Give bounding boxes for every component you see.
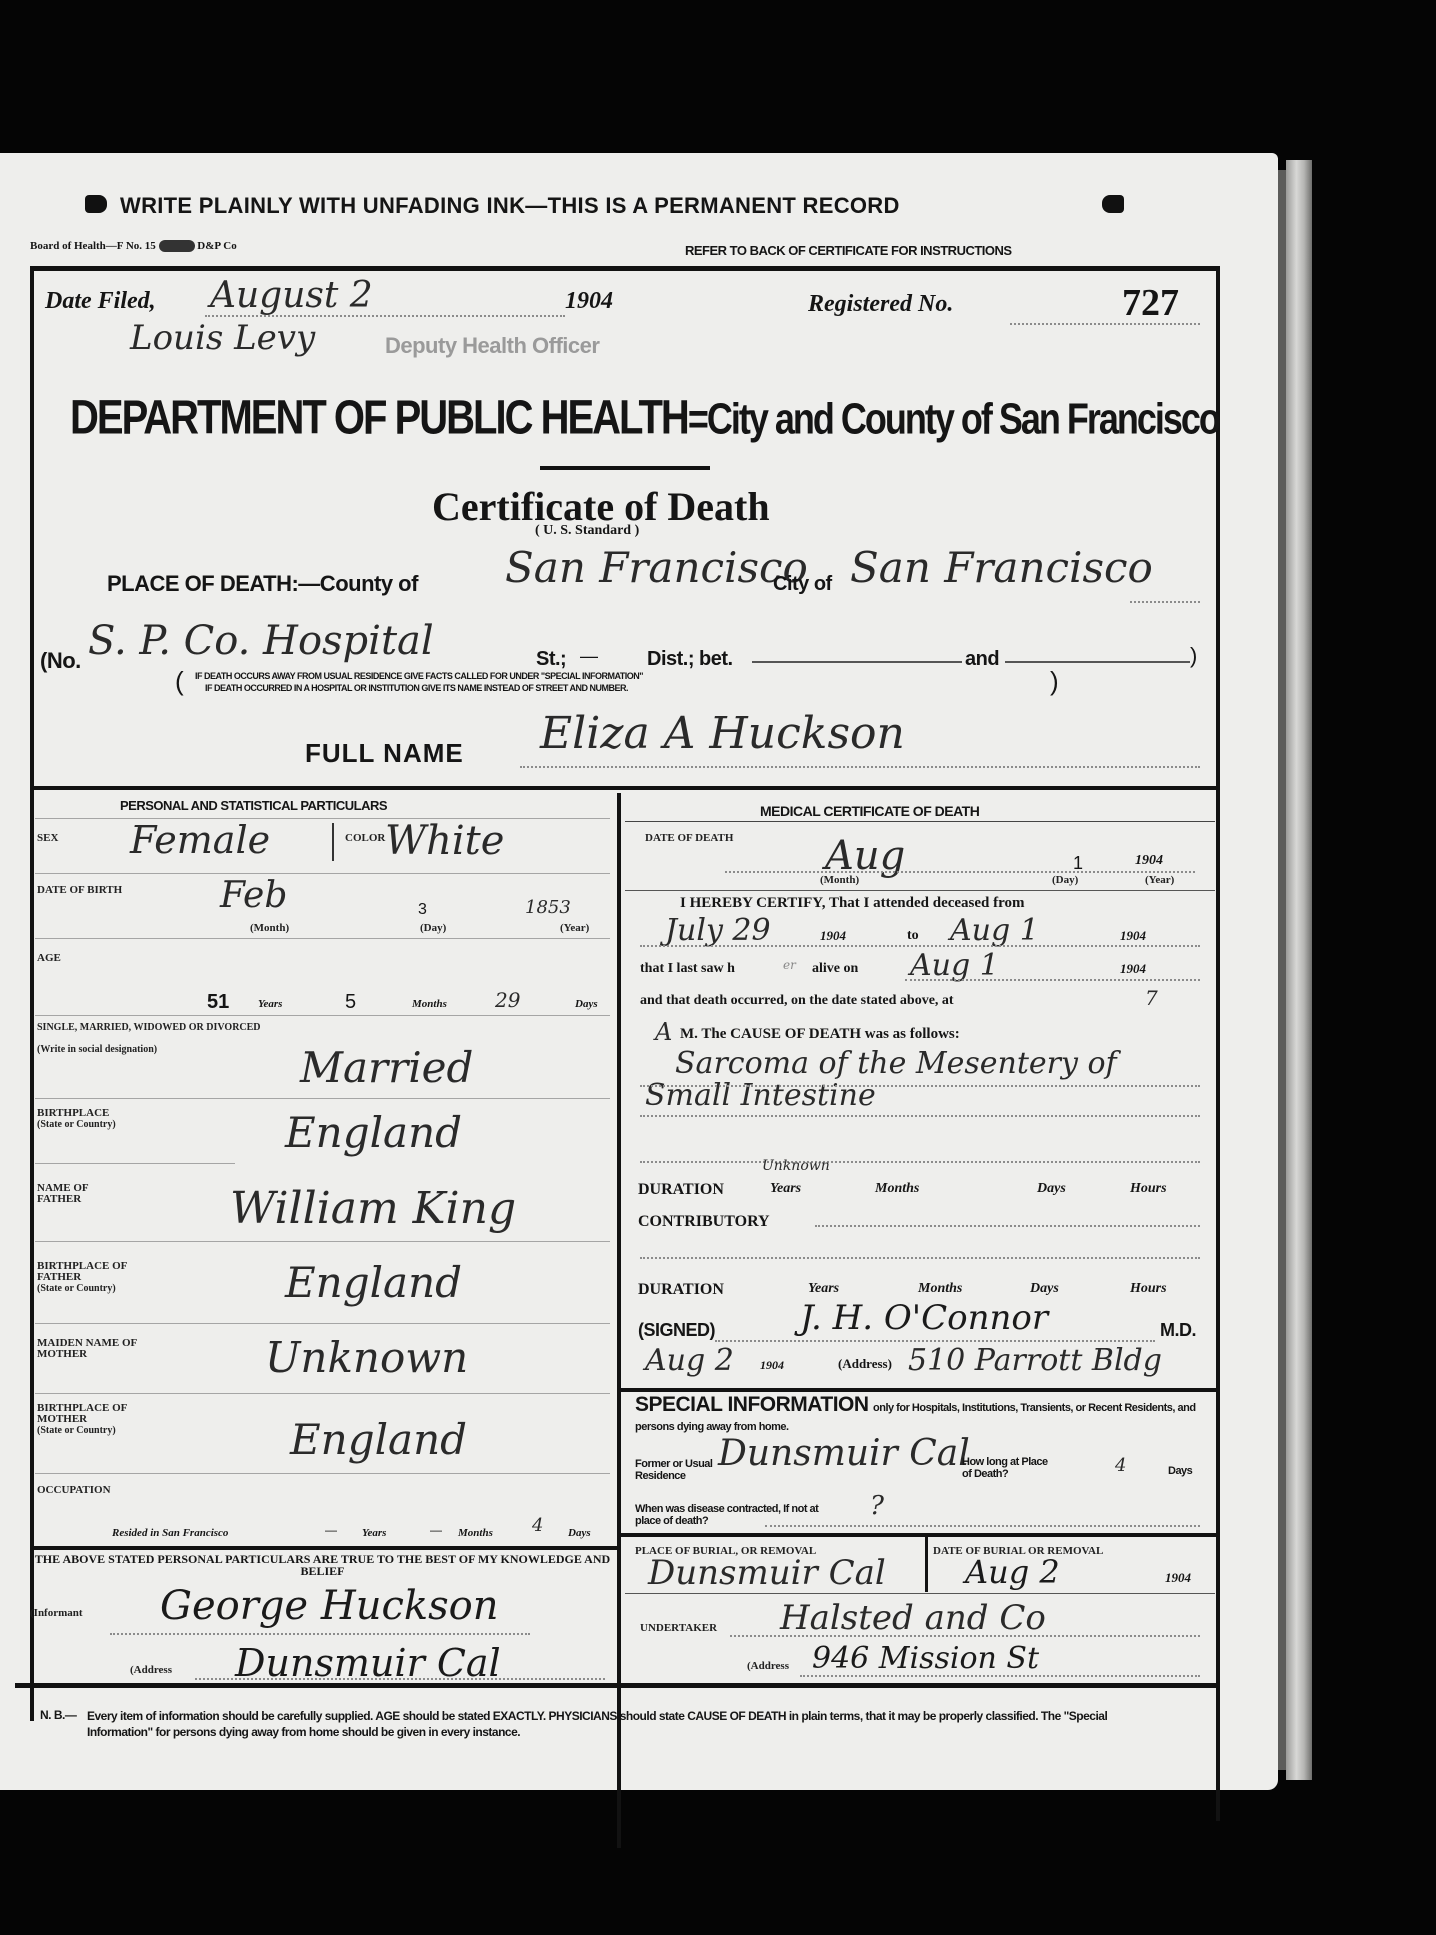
rule <box>35 1015 610 1016</box>
age-days[interactable]: 29 <box>495 988 520 1012</box>
age-years[interactable]: 51 <box>207 991 229 1014</box>
sex-label: SEX <box>37 833 58 844</box>
union-label-icon <box>159 240 195 252</box>
rule <box>35 818 610 819</box>
burial-divider <box>621 1533 1220 1537</box>
undertaker-value[interactable]: Halsted and Co <box>780 1598 1046 1638</box>
rule <box>625 821 1215 822</box>
years-caption: Years <box>258 998 282 1010</box>
cause-line-rule-1 <box>640 1085 1200 1087</box>
left-bottom-border <box>15 1683 620 1688</box>
mother-bp-label: BIRTHPLACE OF MOTHER <box>37 1403 157 1425</box>
rule <box>35 1241 610 1242</box>
age-label: AGE <box>37 953 61 964</box>
attest-divider <box>30 1546 620 1550</box>
full-name-label: FULL NAME <box>305 738 464 769</box>
death-time[interactable]: 7 <box>1145 986 1158 1010</box>
how-long-days: Days <box>1168 1465 1192 1477</box>
right-bottom-border <box>621 1683 1220 1688</box>
officer-signature: Louis Levy <box>130 318 315 358</box>
duration-years-caption: Years <box>770 1181 801 1197</box>
resided-label: Resided in San Francisco <box>112 1527 228 1539</box>
and-line <box>1005 661 1190 663</box>
dob-month[interactable]: Feb <box>220 875 287 916</box>
dod-label: DATE OF DEATH <box>645 833 733 844</box>
form-id: Board of Health—F No. 15 D&P Co <box>30 240 237 252</box>
pointing-hand-icon-left <box>85 195 107 213</box>
rule <box>35 1473 610 1474</box>
contributory-label: CONTRIBUTORY <box>638 1213 770 1231</box>
attest-text: THE ABOVE STATED PERSONAL PARTICULARS AR… <box>30 1553 615 1577</box>
frame-right <box>1216 266 1220 1821</box>
special-heading-block: SPECIAL INFORMATION only for Hospitals, … <box>635 1393 1215 1435</box>
attended-from[interactable]: July 29 <box>665 913 771 948</box>
burial-year[interactable]: 1904 <box>1165 1570 1191 1586</box>
us-standard: ( U. S. Standard ) <box>535 523 639 539</box>
date-filed-label: Date Filed, <box>45 288 156 315</box>
father-label: NAME OF FATHER <box>37 1183 127 1205</box>
occurred-text: and that death occurred, on the date sta… <box>640 993 954 1009</box>
residence-label: Former or Usual Residence <box>635 1458 715 1482</box>
rule <box>35 873 610 874</box>
contributory-line <box>815 1225 1200 1227</box>
informant-value[interactable]: George Huckson <box>160 1583 498 1629</box>
signed-date[interactable]: Aug 2 <box>645 1343 734 1378</box>
frame-left <box>30 266 34 1721</box>
marital-sub: (Write in social designation) <box>37 1044 157 1055</box>
attended-from-year[interactable]: 1904 <box>820 928 846 944</box>
occupation-label: OCCUPATION <box>37 1485 111 1496</box>
rule <box>35 1163 235 1164</box>
duration-months-caption: Months <box>875 1181 919 1197</box>
birthplace-value[interactable]: England <box>285 1108 462 1157</box>
year-caption: (Year) <box>560 923 589 934</box>
sex-color-divider <box>332 823 334 861</box>
father-value[interactable]: William King <box>230 1183 516 1234</box>
cause-line-rule-2 <box>640 1115 1200 1117</box>
certify-text: I HEREBY CERTIFY, That I attended deceas… <box>680 895 1025 912</box>
open-paren: ( <box>175 666 184 697</box>
month-caption: (Month) <box>250 923 289 934</box>
resided-days[interactable]: 4 <box>532 1515 543 1536</box>
birthplace-label: BIRTHPLACE <box>37 1108 109 1119</box>
resided-months[interactable]: — <box>430 1523 442 1537</box>
cause-text: M. The CAUSE OF DEATH was as follows: <box>680 1026 960 1043</box>
signed-line <box>715 1340 1155 1342</box>
duration2-label: DURATION <box>638 1281 724 1299</box>
contracted-value[interactable]: ? <box>870 1491 884 1521</box>
signed-value[interactable]: J. H. O'Connor <box>800 1298 1048 1338</box>
contracted-label: When was disease contracted, If not at p… <box>635 1503 835 1527</box>
father-bp-value[interactable]: England <box>285 1258 462 1307</box>
city-line <box>1130 601 1200 603</box>
place-note-2: IF DEATH OCCURRED IN A HOSPITAL OR INSTI… <box>205 683 628 693</box>
mother-value[interactable]: Unknown <box>265 1333 468 1382</box>
rule <box>35 1323 610 1324</box>
duration2-years-caption: Years <box>808 1281 839 1297</box>
date-filed-year: 1904 <box>565 288 613 315</box>
dod-year-caption: (Year) <box>1145 875 1174 886</box>
marital-value[interactable]: Married <box>300 1043 473 1092</box>
to-label: to <box>907 928 919 944</box>
title-divider <box>540 466 710 470</box>
months-caption: Months <box>412 998 447 1010</box>
burial-place-value[interactable]: Dunsmuir Cal <box>648 1553 886 1593</box>
dod-line <box>725 871 1195 873</box>
undertaker-line <box>730 1635 1200 1637</box>
signed-year[interactable]: 1904 <box>760 1358 784 1373</box>
informant-label: (Informant <box>30 1608 83 1619</box>
refer-instructions: REFER TO BACK OF CERTIFICATE FOR INSTRUC… <box>685 243 1012 258</box>
place-note-1: IF DEATH OCCURS AWAY FROM USUAL RESIDENC… <box>195 671 643 681</box>
dob-day[interactable]: 3 <box>418 901 427 919</box>
officer-title: Deputy Health Officer <box>385 333 599 359</box>
full-name-line <box>520 766 1200 768</box>
last-saw-pronoun[interactable]: er <box>783 958 796 972</box>
rule <box>625 890 1215 891</box>
resided-days-caption: Days <box>568 1527 591 1539</box>
rule <box>35 938 610 939</box>
frame-top <box>30 266 1220 271</box>
burial-date-value[interactable]: Aug 2 <box>965 1553 1060 1591</box>
place-of-death-label: PLACE OF DEATH:—County of <box>107 571 418 597</box>
department-title: DEPARTMENT OF PUBLIC HEALTH=City and Cou… <box>70 396 1219 441</box>
doctor-address[interactable]: 510 Parrott Bldg <box>908 1343 1162 1378</box>
close-paren: ) <box>1190 643 1197 669</box>
medical-heading: MEDICAL CERTIFICATE OF DEATH <box>760 803 979 819</box>
full-name-value[interactable]: Eliza A Huckson <box>540 708 905 759</box>
burial-column-divider <box>925 1537 928 1592</box>
last-saw-line <box>905 979 1200 981</box>
hospital-value[interactable]: S. P. Co. Hospital <box>88 618 434 664</box>
undertaker-label: UNDERTAKER <box>640 1623 717 1634</box>
dod-year[interactable]: 1904 <box>1135 853 1163 869</box>
how-long-label: How long at Place of Death? <box>962 1456 1052 1480</box>
registered-no-label: Registered No. <box>808 291 953 318</box>
residence-value[interactable]: Dunsmuir Cal <box>718 1433 970 1474</box>
city-value[interactable]: San Francisco <box>850 543 1153 592</box>
rule <box>35 1393 610 1394</box>
no-label: (No. <box>40 648 81 674</box>
rule <box>35 1098 610 1099</box>
father-bp-label: BIRTHPLACE OF FATHER <box>37 1261 167 1283</box>
age-months[interactable]: 5 <box>345 991 356 1014</box>
resided-years-caption: Years <box>362 1527 386 1539</box>
death-ampm[interactable]: A <box>655 1018 672 1046</box>
undertaker-address-line <box>800 1675 1200 1677</box>
mother-bp-sub: (State or Country) <box>37 1425 116 1436</box>
date-filed-value[interactable]: August 2 <box>210 275 373 316</box>
informant-line <box>110 1633 530 1635</box>
day-caption: (Day) <box>420 923 446 934</box>
last-saw-year[interactable]: 1904 <box>1120 961 1146 977</box>
contributory-line-2 <box>640 1257 1200 1259</box>
registered-no-value[interactable]: 727 <box>1122 281 1179 325</box>
contracted-line <box>765 1525 1200 1527</box>
cause-line-1[interactable]: Sarcoma of the Mesentery of <box>675 1046 1117 1081</box>
st-label: St.; <box>536 648 566 671</box>
close-paren-2: ) <box>1050 666 1059 697</box>
last-saw-label: that I last saw h <box>640 961 735 977</box>
date-filed-line <box>205 315 565 317</box>
dob-year[interactable]: 1853 <box>525 897 571 918</box>
resided-years[interactable]: — <box>325 1523 337 1537</box>
birthplace-sub: (State or Country) <box>37 1119 116 1130</box>
banner-text: WRITE PLAINLY WITH UNFADING INK—THIS IS … <box>120 193 900 219</box>
dist-label: Dist.; bet. <box>647 648 733 671</box>
registered-line <box>1010 323 1200 325</box>
section-divider <box>30 786 1220 790</box>
dod-day-caption: (Day) <box>1052 875 1078 886</box>
undertaker-address[interactable]: 946 Mission St <box>812 1641 1039 1676</box>
dob-label: DATE OF BIRTH <box>37 885 122 896</box>
md-label: M.D. <box>1160 1320 1196 1341</box>
alive-on-label: alive on <box>812 961 858 977</box>
sex-value[interactable]: Female <box>130 818 270 862</box>
marital-label: SINGLE, MARRIED, WIDOWED OR DIVORCED <box>37 1023 267 1033</box>
and-label: and <box>965 648 999 671</box>
attended-to[interactable]: Aug 1 <box>950 913 1039 948</box>
duration-days-caption: Days <box>1037 1181 1066 1197</box>
duration2-months-caption: Months <box>918 1281 962 1297</box>
city-label: City of <box>773 573 832 596</box>
cause-line-rule-3 <box>640 1161 1200 1163</box>
personal-heading: PERSONAL AND STATISTICAL PARTICULARS <box>120 798 387 813</box>
informant-address-line <box>195 1678 605 1680</box>
duration-hours-caption: Hours <box>1130 1181 1167 1197</box>
death-certificate-page: WRITE PLAINLY WITH UNFADING INK—THIS IS … <box>0 153 1278 1790</box>
color-value[interactable]: White <box>385 818 504 864</box>
dist-line <box>752 661 962 663</box>
nb-label: N. B.— <box>40 1708 76 1722</box>
pointing-hand-icon-right <box>1102 195 1124 213</box>
duration2-hours-caption: Hours <box>1130 1281 1167 1297</box>
resided-months-caption: Months <box>458 1527 493 1539</box>
mother-label: MAIDEN NAME OF MOTHER <box>37 1338 177 1360</box>
duration-value[interactable]: Unknown <box>762 1158 830 1174</box>
doctor-address-label: (Address) <box>838 1356 892 1372</box>
mother-bp-value[interactable]: England <box>290 1415 467 1464</box>
attended-line <box>640 945 1200 947</box>
father-bp-sub: (State or Country) <box>37 1283 116 1294</box>
rule <box>625 1593 1215 1594</box>
last-saw-date[interactable]: Aug 1 <box>910 948 999 983</box>
cause-line-2[interactable]: Small Intestine <box>645 1078 876 1113</box>
st-value[interactable]: — <box>580 646 598 667</box>
duration-label: DURATION <box>638 1181 724 1199</box>
duration2-days-caption: Days <box>1030 1281 1059 1297</box>
how-long-value[interactable]: 4 <box>1115 1455 1126 1476</box>
color-label: COLOR <box>345 833 385 844</box>
days-caption: Days <box>575 998 598 1010</box>
informant-address-label: (Address <box>130 1665 172 1676</box>
special-heading: SPECIAL INFORMATION <box>635 1393 869 1416</box>
county-value[interactable]: San Francisco <box>505 543 808 592</box>
undertaker-address-label: (Address <box>747 1661 789 1672</box>
page-spine <box>1286 160 1312 1780</box>
attended-to-year[interactable]: 1904 <box>1120 928 1146 944</box>
dod-month-caption: (Month) <box>820 875 859 886</box>
signed-label: (SIGNED) <box>638 1320 715 1341</box>
nb-text: Every item of information should be care… <box>87 1708 1117 1740</box>
special-divider <box>621 1388 1220 1392</box>
column-divider <box>617 793 621 1848</box>
